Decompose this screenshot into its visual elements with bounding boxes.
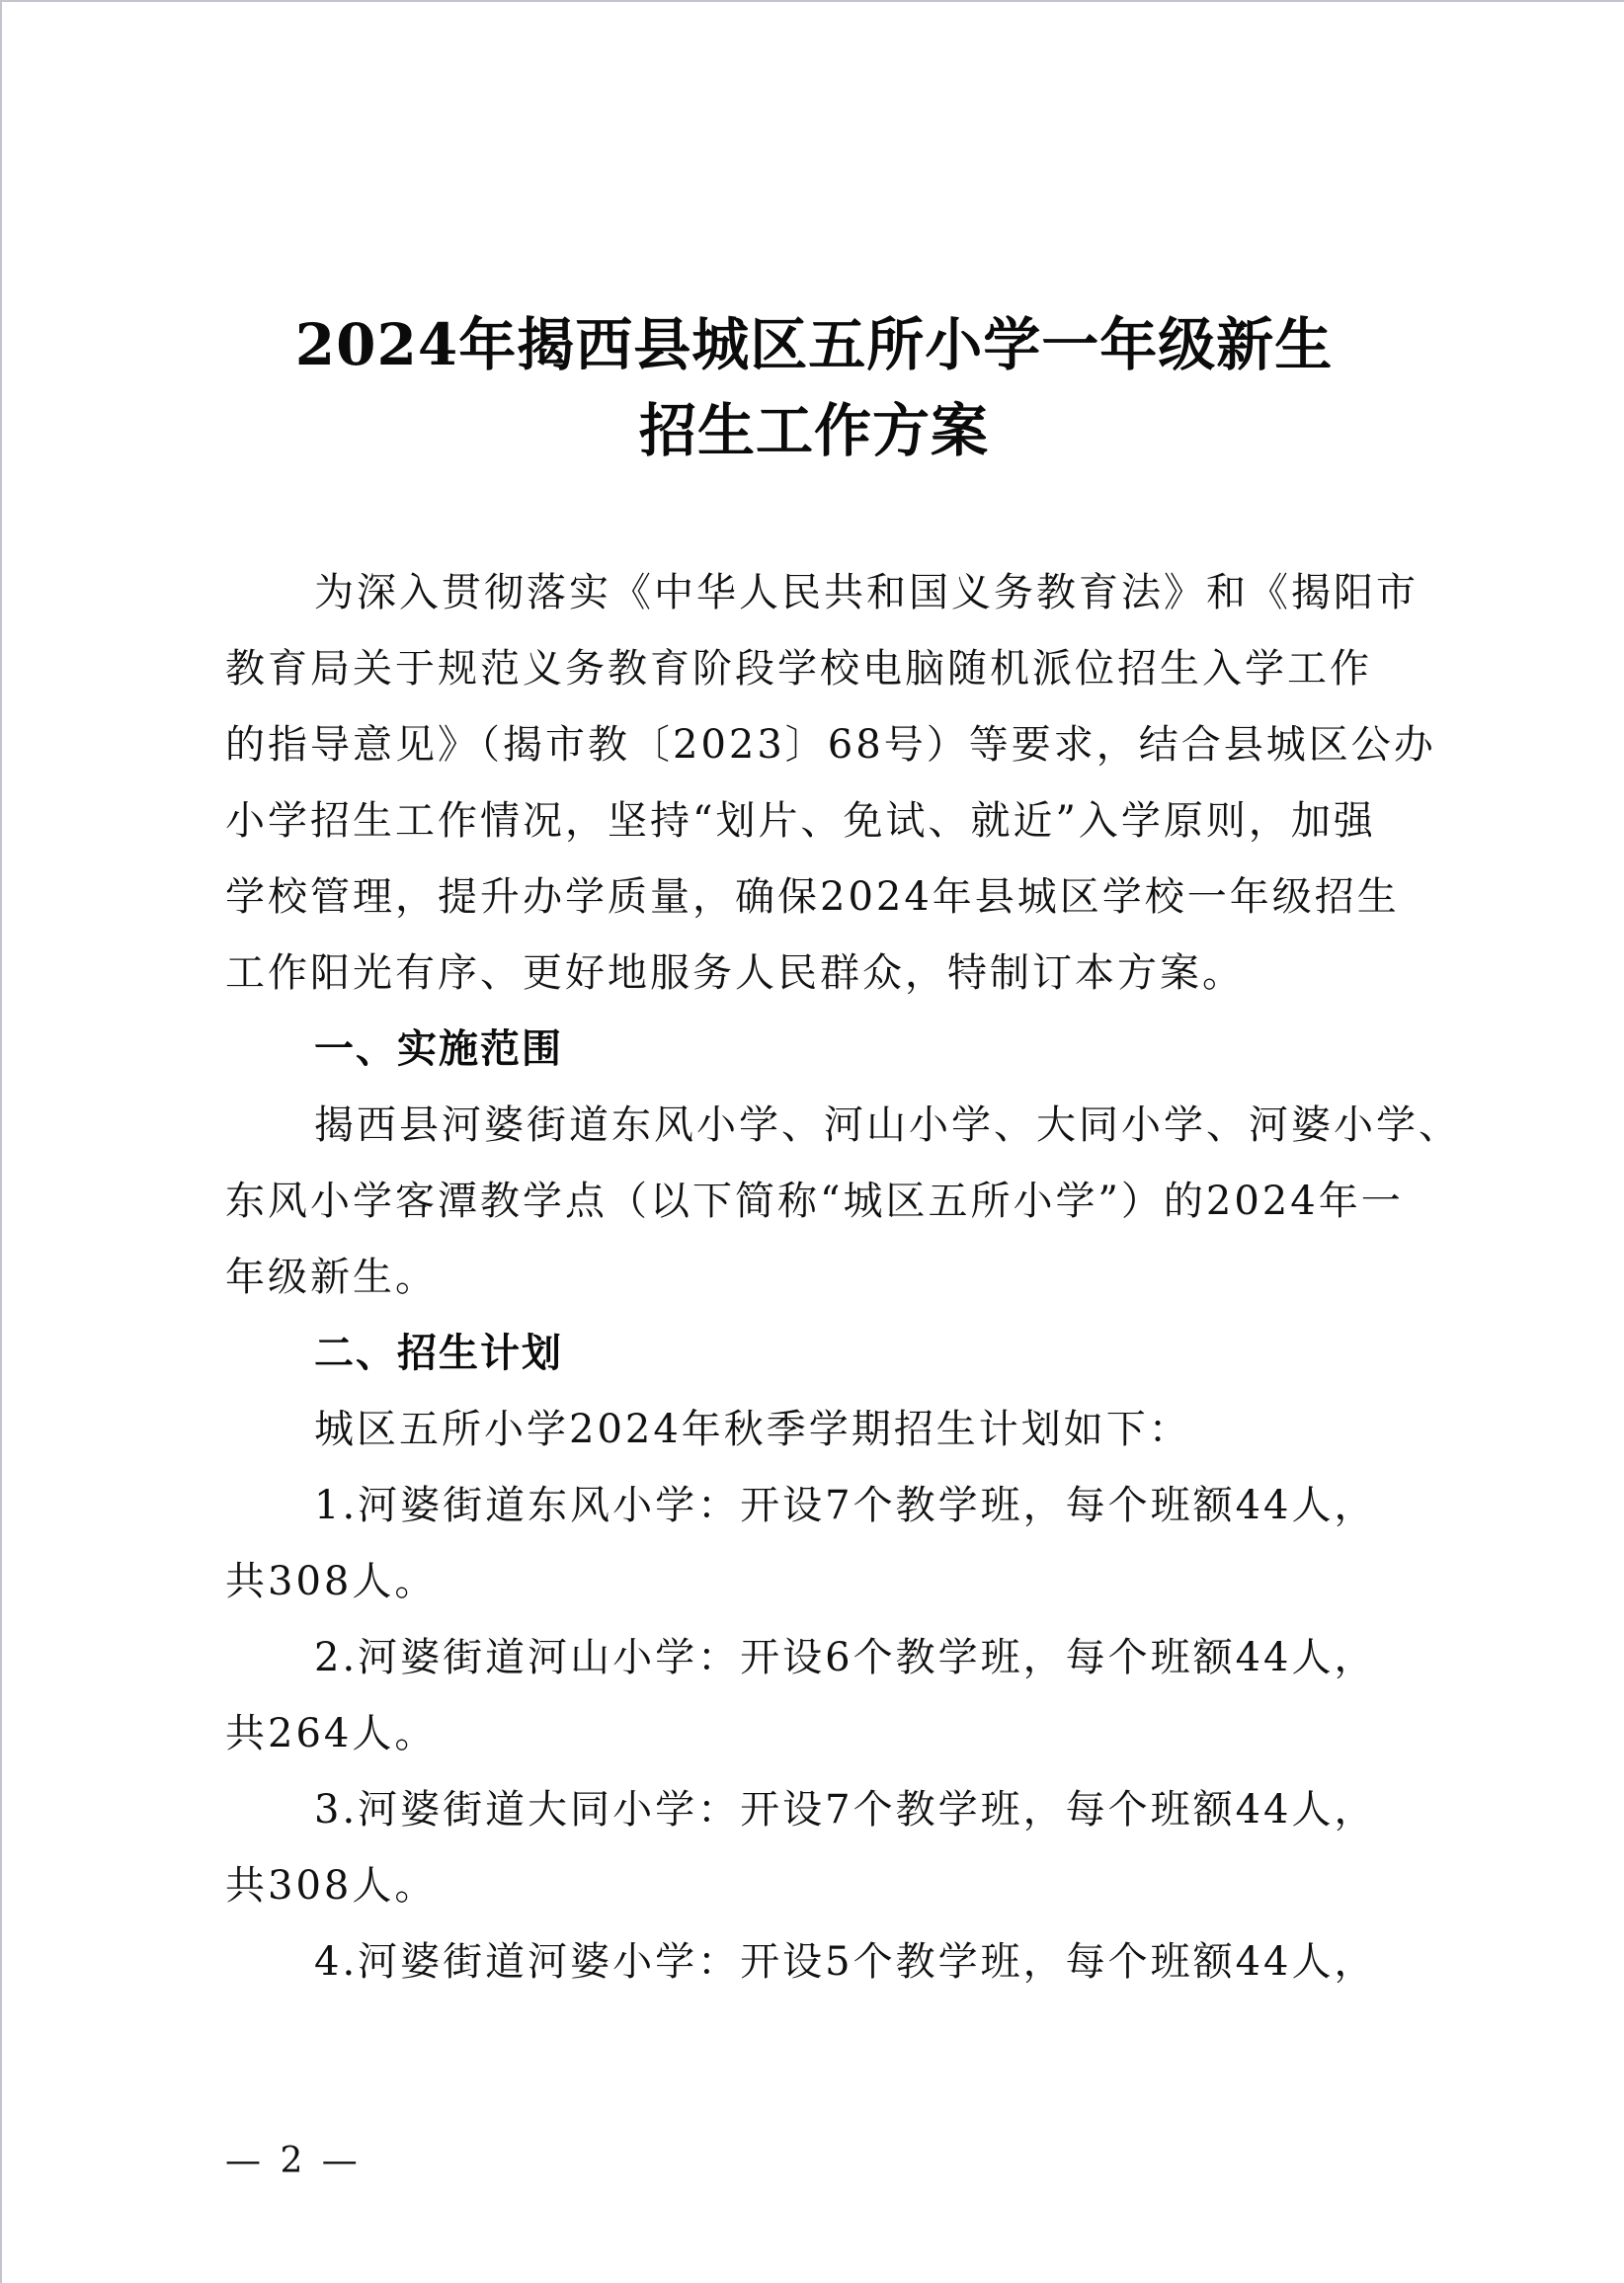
section-scope-line: 东风小学客潭教学点（以下简称“城区五所小学”）的2024年一: [225, 1182, 1404, 1221]
enrollment-plan-item-2-cont: 共264人。: [225, 1714, 437, 1753]
enrollment-plan-item-3-cont: 共308人。: [225, 1866, 437, 1906]
enrollment-plan-item-3: 3.河婆街道大同小学：开设7个教学班，每个班额44人，: [314, 1790, 1377, 1830]
intro-paragraph-line: 小学招生工作情况，坚持“划片、免试、就近”入学原则，加强: [225, 801, 1376, 841]
enrollment-plan-item-4: 4.河婆街道河婆小学：开设5个教学班，每个班额44人，: [314, 1942, 1377, 1982]
intro-paragraph-line: 的指导意见》（揭市教〔2023〕68号）等要求，结合县城区公办: [225, 725, 1436, 765]
intro-paragraph-line: 教育局关于规范义务教育阶段学校电脑随机派位招生入学工作: [225, 649, 1372, 689]
intro-paragraph-line: 工作阳光有序、更好地服务人民群众，特制订本方案。: [225, 953, 1245, 993]
intro-paragraph-line: 学校管理，提升办学质量，确保2024年县城区学校一年级招生: [225, 877, 1400, 917]
enrollment-plan-item-1-cont: 共308人。: [225, 1562, 437, 1601]
page-number: — 2 —: [225, 2144, 362, 2179]
section-heading-enrollment-plan: 二、招生计划: [314, 1334, 563, 1373]
document-title-line-2: 招生工作方案: [2, 402, 1624, 459]
enrollment-plan-item-1: 1.河婆街道东风小学：开设7个教学班，每个班额44人，: [314, 1486, 1377, 1525]
intro-paragraph-line: 为深入贯彻落实《中华人民共和国义务教育法》和《揭阳市: [314, 573, 1419, 612]
document-title-line-1: 2024年揭西县城区五所小学一年级新生: [2, 316, 1624, 373]
section-scope-line: 揭西县河婆街道东风小学、河山小学、大同小学、河婆小学、: [314, 1105, 1461, 1145]
section-heading-scope: 一、实施范围: [314, 1029, 563, 1069]
enrollment-plan-item-2: 2.河婆街道河山小学：开设6个教学班，每个班额44人，: [314, 1638, 1377, 1677]
document-page: 2024年揭西县城区五所小学一年级新生 招生工作方案 为深入贯彻落实《中华人民共…: [0, 0, 1624, 2283]
section-scope-line: 年级新生。: [225, 1258, 438, 1297]
enrollment-plan-intro: 城区五所小学2024年秋季学期招生计划如下：: [314, 1410, 1191, 1449]
